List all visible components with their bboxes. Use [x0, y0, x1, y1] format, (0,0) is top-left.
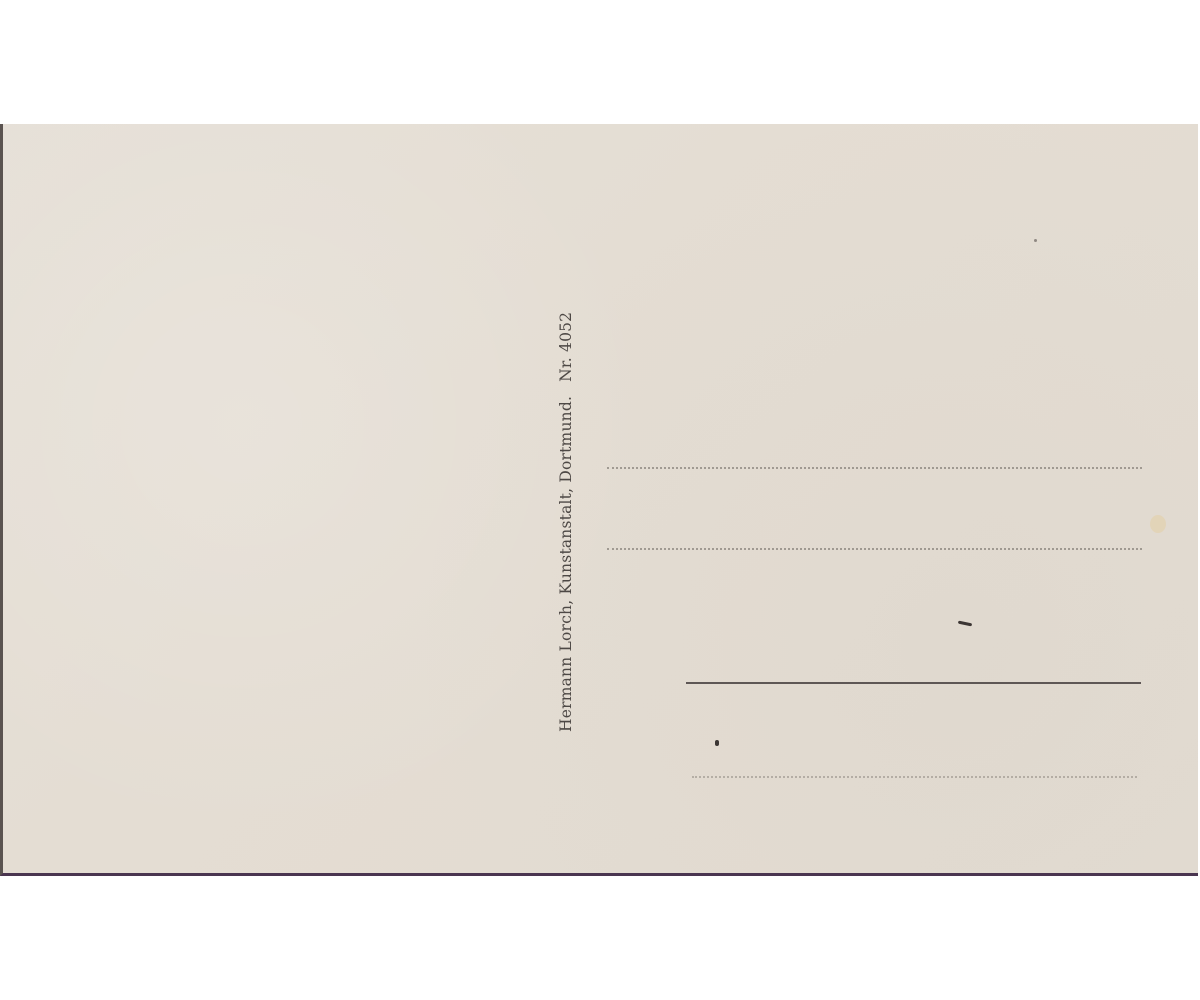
scan-background: Hermann Lorch, Kunstanstalt, Dortmund.Nr… — [0, 0, 1200, 1000]
postcard-back — [0, 124, 1198, 876]
address-line-3-solid — [686, 682, 1141, 684]
address-line-1 — [607, 467, 1142, 469]
address-line-2 — [607, 548, 1142, 550]
publisher-number: Nr. 4052 — [557, 312, 575, 382]
publisher-name: Hermann Lorch, Kunstanstalt, Dortmund. — [557, 396, 575, 732]
address-line-4 — [692, 776, 1137, 778]
speck — [1034, 239, 1037, 242]
publisher-imprint: Hermann Lorch, Kunstanstalt, Dortmund.Nr… — [556, 262, 576, 732]
ink-dot — [715, 740, 719, 746]
stain — [1150, 515, 1166, 533]
